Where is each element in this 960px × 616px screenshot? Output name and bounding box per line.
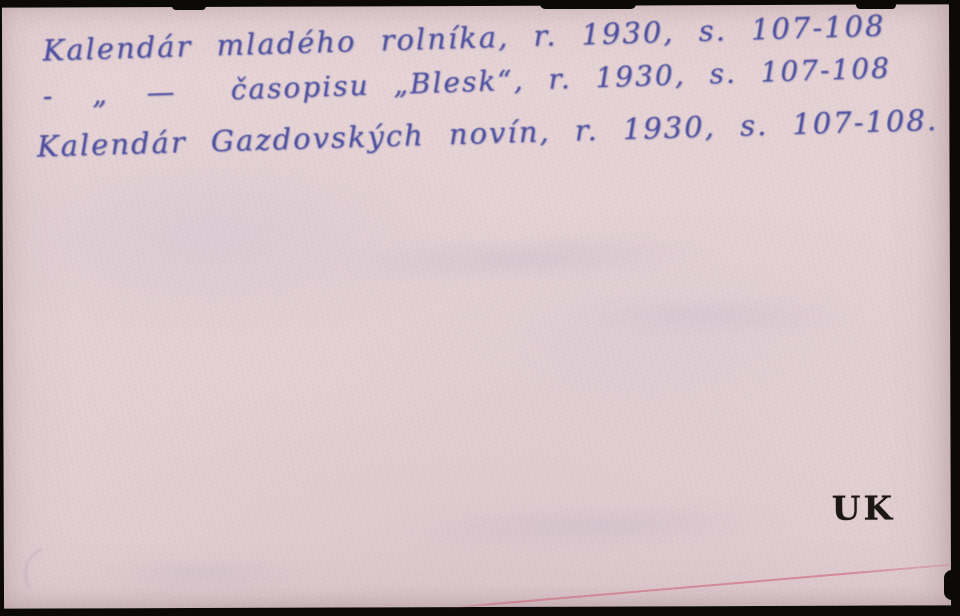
entry-2-text: časopisu „Blesk“, r. 1930, s. 107-108	[230, 51, 891, 106]
ditto-mark: - „ —	[42, 73, 231, 112]
scan-background: Kalendár mladého rolníka, r. 1930, s. 10…	[0, 0, 960, 616]
entry-3-text: Kalendár Gazdovských novín, r. 1930, s. …	[36, 103, 938, 164]
handwritten-entries: Kalendár mladého rolníka, r. 1930, s. 10…	[2, 4, 951, 608]
catalog-card: Kalendár mladého rolníka, r. 1930, s. 10…	[2, 4, 951, 608]
handwritten-line-3: Kalendár Gazdovských novín, r. 1930, s. …	[36, 103, 938, 164]
library-uk-stamp: UK	[832, 489, 896, 528]
